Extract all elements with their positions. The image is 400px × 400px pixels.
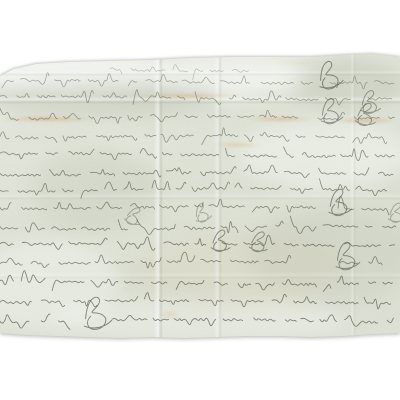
handwriting-line [0, 271, 392, 292]
flourish-capital [355, 102, 377, 126]
handwriting-line [0, 128, 387, 145]
flourish-capital [318, 97, 344, 125]
manuscript-photo [0, 0, 400, 400]
handwriting-layer [0, 0, 400, 400]
flourish-capital [314, 59, 344, 91]
flourish-capital [326, 188, 352, 217]
paper-sheet [0, 0, 400, 400]
handwriting-line [0, 252, 382, 268]
handwriting-line [110, 65, 248, 80]
handwriting-line [0, 235, 395, 250]
flourish-capital [359, 90, 381, 114]
handwriting-line [0, 179, 387, 199]
handwriting-line [0, 165, 393, 178]
handwriting-line [0, 147, 394, 161]
flourish-capital [123, 205, 144, 227]
flourish-capital [388, 203, 400, 222]
handwriting-line [0, 90, 392, 105]
flourish-capital [249, 230, 270, 253]
flourish-capital [211, 230, 230, 251]
handwriting-line [0, 314, 393, 329]
flourish-capital [79, 295, 113, 332]
handwriting-line [0, 293, 391, 309]
paper-shadow-wrap [0, 0, 400, 400]
